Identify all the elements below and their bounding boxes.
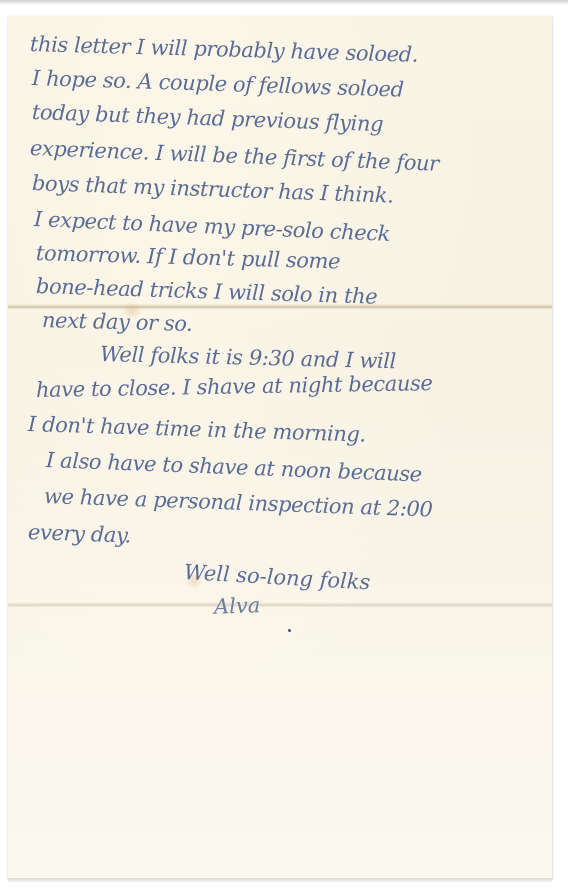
letter-line: next day or so. (42, 308, 193, 336)
letter-line: I also have to shave at noon because (46, 448, 423, 486)
letter-line: Well folks it is 9:30 and I will (100, 342, 397, 373)
letter-line: today but they had previous flying (32, 100, 384, 136)
letter-line: tomorrow. If I don't pull some (36, 241, 341, 273)
letter-signature: Alva (214, 593, 261, 619)
letter-closing: Well so-long folks (183, 560, 371, 594)
scan-top-edge (0, 0, 568, 5)
letter-body: this letter I will probably have soloed.… (8, 16, 552, 880)
letter-line: I don't have time in the morning. (28, 412, 367, 447)
ink-dot (288, 629, 291, 632)
letter-line: bone-head tricks I will solo in the (36, 274, 378, 309)
letter-line: this letter I will probably have soloed. (30, 32, 419, 67)
paper-bottom-edge (8, 878, 552, 881)
letter-line: boys that my instructor has I think. (32, 171, 394, 208)
letter-line: every day. (28, 520, 132, 548)
letter-line: experience. I will be the first of the f… (30, 136, 440, 176)
letter-line: have to close. I shave at night because (36, 371, 433, 402)
letter-line: I expect to have my pre-solo check (33, 207, 390, 246)
letter-paper: this letter I will probably have soloed.… (8, 16, 552, 880)
document-scan: this letter I will probably have soloed.… (0, 0, 568, 892)
letter-line: we have a personal inspection at 2:00 (44, 484, 433, 522)
letter-line: I hope so. A couple of fellows soloed (32, 66, 404, 102)
